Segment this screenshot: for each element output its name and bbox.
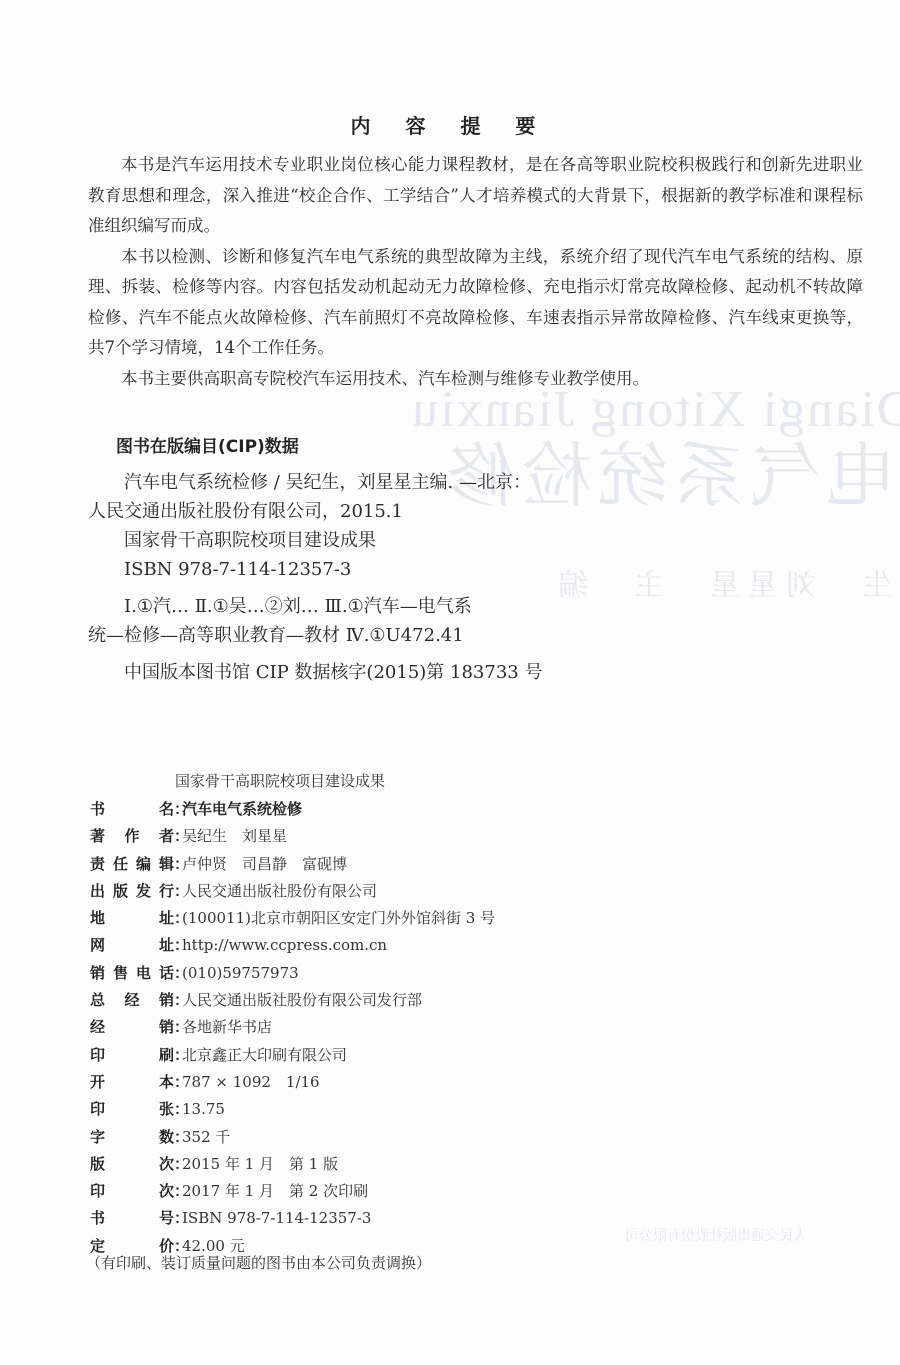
imprint-row: 书名：汽车电气系统检修 (90, 796, 650, 823)
imprint-label-char: 著 (90, 823, 105, 850)
imprint-table: 书名：汽车电气系统检修著作者：吴纪生 刘星星责任编辑：卢仲贤 司昌静 富砚博出版… (90, 796, 650, 1260)
imprint-colon: ： (174, 905, 182, 932)
imprint-label-char: 发 (136, 878, 151, 905)
summary-paragraph: 本书是汽车运用技术专业职业岗位核心能力课程教材，是在各高等职业院校积极践行和创新… (88, 150, 863, 242)
imprint-colon: ： (174, 1124, 182, 1151)
imprint-value: 各地新华书店 (182, 1014, 272, 1041)
imprint-label: 著作者 (90, 823, 174, 850)
imprint-row: 版次：2015 年 1 月 第 1 版 (90, 1151, 650, 1178)
imprint-row: 开本：787 × 1092 1/16 (90, 1069, 650, 1096)
series-note: 国家骨干高职院校项目建设成果 (175, 770, 385, 791)
imprint-label-char: 址 (159, 932, 174, 959)
imprint-label: 印张 (90, 1096, 174, 1123)
imprint-label-char: 总 (90, 987, 105, 1014)
imprint-colon: ： (174, 1151, 182, 1178)
imprint-colon: ： (174, 1069, 182, 1096)
imprint-label: 地址 (90, 905, 174, 932)
imprint-label-char: 次 (159, 1178, 174, 1205)
imprint-label-char: 本 (159, 1069, 174, 1096)
imprint-row: 出版发行：人民交通出版社股份有限公司 (90, 878, 650, 905)
imprint-label-char: 号 (159, 1205, 174, 1232)
imprint-colon: ： (174, 960, 182, 987)
imprint-label: 网址 (90, 932, 174, 959)
imprint-label-char: 名 (159, 796, 174, 823)
imprint-value: 人民交通出版社股份有限公司发行部 (182, 987, 422, 1014)
cip-line: 汽车电气系统检修 / 吴纪生，刘星星主编. —北京： (88, 468, 648, 497)
imprint-label-char: 经 (124, 987, 139, 1014)
imprint-colon: ： (174, 878, 182, 905)
imprint-colon: ： (174, 1042, 182, 1069)
imprint-row: 经销：各地新华书店 (90, 1014, 650, 1041)
imprint-label-char: 版 (90, 1151, 105, 1178)
imprint-colon: ： (174, 796, 182, 823)
cip-line: Ⅰ.①汽… Ⅱ.①吴…②刘… Ⅲ.①汽车—电气系 (88, 592, 648, 621)
summary-paragraph: 本书主要供高职高专院校汽车运用技术、汽车检测与维修专业教学使用。 (88, 364, 863, 395)
imprint-row: 印次：2017 年 1 月 第 2 次印刷 (90, 1178, 650, 1205)
imprint-value: http://www.ccpress.com.cn (182, 932, 387, 959)
summary-body: 本书是汽车运用技术专业职业岗位核心能力课程教材，是在各高等职业院校积极践行和创新… (88, 150, 863, 394)
imprint-label: 书名 (90, 796, 174, 823)
imprint-label-char: 作 (124, 823, 139, 850)
imprint-value: 13.75 (182, 1096, 225, 1123)
imprint-value: 2017 年 1 月 第 2 次印刷 (182, 1178, 368, 1205)
quality-notice: （有印刷、装订质量问题的图书由本公司负责调换） (86, 1252, 431, 1273)
imprint-colon: ： (174, 987, 182, 1014)
imprint-label-char: 印 (90, 1096, 105, 1123)
imprint-label-char: 辑 (159, 851, 174, 878)
imprint-label-char: 地 (90, 905, 105, 932)
imprint-value: 2015 年 1 月 第 1 版 (182, 1151, 338, 1178)
cip-line: 国家骨干高职院校项目建设成果 (88, 526, 648, 555)
imprint-label: 印次 (90, 1178, 174, 1205)
imprint-label: 责任编辑 (90, 851, 174, 878)
imprint-value: 汽车电气系统检修 (182, 796, 302, 823)
imprint-label-char: 电 (136, 960, 151, 987)
imprint-row: 书号：ISBN 978-7-114-12357-3 (90, 1205, 650, 1232)
imprint-value: 卢仲贤 司昌静 富砚博 (182, 851, 347, 878)
imprint-label-char: 开 (90, 1069, 105, 1096)
imprint-label-char: 次 (159, 1151, 174, 1178)
imprint-colon: ： (174, 1205, 182, 1232)
imprint-label-char: 责 (90, 851, 105, 878)
imprint-row: 总经销：人民交通出版社股份有限公司发行部 (90, 987, 650, 1014)
imprint-row: 著作者：吴纪生 刘星星 (90, 823, 650, 850)
imprint-row: 销售电话：(010)59757973 (90, 960, 650, 987)
imprint-value: 人民交通出版社股份有限公司 (182, 878, 377, 905)
imprint-label-char: 刷 (159, 1042, 174, 1069)
cip-heading: 图书在版编目(CIP)数据 (116, 432, 299, 457)
imprint-label-char: 版 (113, 878, 128, 905)
imprint-label: 书号 (90, 1205, 174, 1232)
imprint-row: 地址：(100011)北京市朝阳区安定门外外馆斜街 3 号 (90, 905, 650, 932)
imprint-row: 字数：352 千 (90, 1124, 650, 1151)
imprint-label-char: 销 (159, 1014, 174, 1041)
imprint-colon: ： (174, 1096, 182, 1123)
imprint-value: 北京鑫正大印刷有限公司 (182, 1042, 347, 1069)
imprint-colon: ： (174, 1178, 182, 1205)
cip-line: 人民交通出版社股份有限公司，2015.1 (88, 497, 648, 526)
imprint-value: 352 千 (182, 1124, 230, 1151)
imprint-label-char: 印 (90, 1042, 105, 1069)
imprint-label-char: 售 (113, 960, 128, 987)
imprint-row: 责任编辑：卢仲贤 司昌静 富砚博 (90, 851, 650, 878)
imprint-value: (100011)北京市朝阳区安定门外外馆斜街 3 号 (182, 905, 495, 932)
imprint-label-char: 张 (159, 1096, 174, 1123)
imprint-colon: ： (174, 851, 182, 878)
bleed-through-logo: 人民交通出版社股份有限公司 (625, 1225, 807, 1245)
imprint-label: 印刷 (90, 1042, 174, 1069)
imprint-row: 网址：http://www.ccpress.com.cn (90, 932, 650, 959)
imprint-value: (010)59757973 (182, 960, 299, 987)
imprint-label: 出版发行 (90, 878, 174, 905)
imprint-label-char: 字 (90, 1124, 105, 1151)
imprint-label-char: 出 (90, 878, 105, 905)
imprint-row: 印张：13.75 (90, 1096, 650, 1123)
imprint-label-char: 数 (159, 1124, 174, 1151)
imprint-colon: ： (174, 1014, 182, 1041)
imprint-label-char: 印 (90, 1178, 105, 1205)
imprint-label: 字数 (90, 1124, 174, 1151)
imprint-colon: ： (174, 823, 182, 850)
imprint-label: 总经销 (90, 987, 174, 1014)
imprint-label: 经销 (90, 1014, 174, 1041)
cip-record-number: 中国版本图书馆 CIP 数据核字(2015)第 183733 号 (88, 658, 648, 687)
imprint-label: 版次 (90, 1151, 174, 1178)
imprint-label-char: 销 (90, 960, 105, 987)
imprint-label: 销售电话 (90, 960, 174, 987)
imprint-label-char: 任 (113, 851, 128, 878)
imprint-colon: ： (174, 932, 182, 959)
imprint-label: 开本 (90, 1069, 174, 1096)
imprint-label-char: 址 (159, 905, 174, 932)
summary-title: 内 容 提 要 (0, 110, 900, 139)
cip-data-block: 汽车电气系统检修 / 吴纪生，刘星星主编. —北京： 人民交通出版社股份有限公司… (88, 468, 648, 687)
imprint-label-char: 销 (159, 987, 174, 1014)
cip-isbn: ISBN 978-7-114-12357-3 (88, 555, 648, 584)
imprint-label-char: 书 (90, 1205, 105, 1232)
imprint-label-char: 者 (159, 823, 174, 850)
imprint-value: 787 × 1092 1/16 (182, 1069, 320, 1096)
imprint-label-char: 书 (90, 796, 105, 823)
imprint-row: 印刷：北京鑫正大印刷有限公司 (90, 1042, 650, 1069)
imprint-label-char: 经 (90, 1014, 105, 1041)
imprint-label-char: 网 (90, 932, 105, 959)
imprint-label-char: 话 (159, 960, 174, 987)
imprint-value: 吴纪生 刘星星 (182, 823, 287, 850)
imprint-label-char: 编 (136, 851, 151, 878)
cip-line: 统—检修—高等职业教育—教材 Ⅳ.①U472.41 (88, 621, 648, 650)
imprint-label-char: 行 (159, 878, 174, 905)
summary-paragraph: 本书以检测、诊断和修复汽车电气系统的典型故障为主线，系统介绍了现代汽车电气系统的… (88, 242, 863, 364)
imprint-value: ISBN 978-7-114-12357-3 (182, 1205, 371, 1232)
